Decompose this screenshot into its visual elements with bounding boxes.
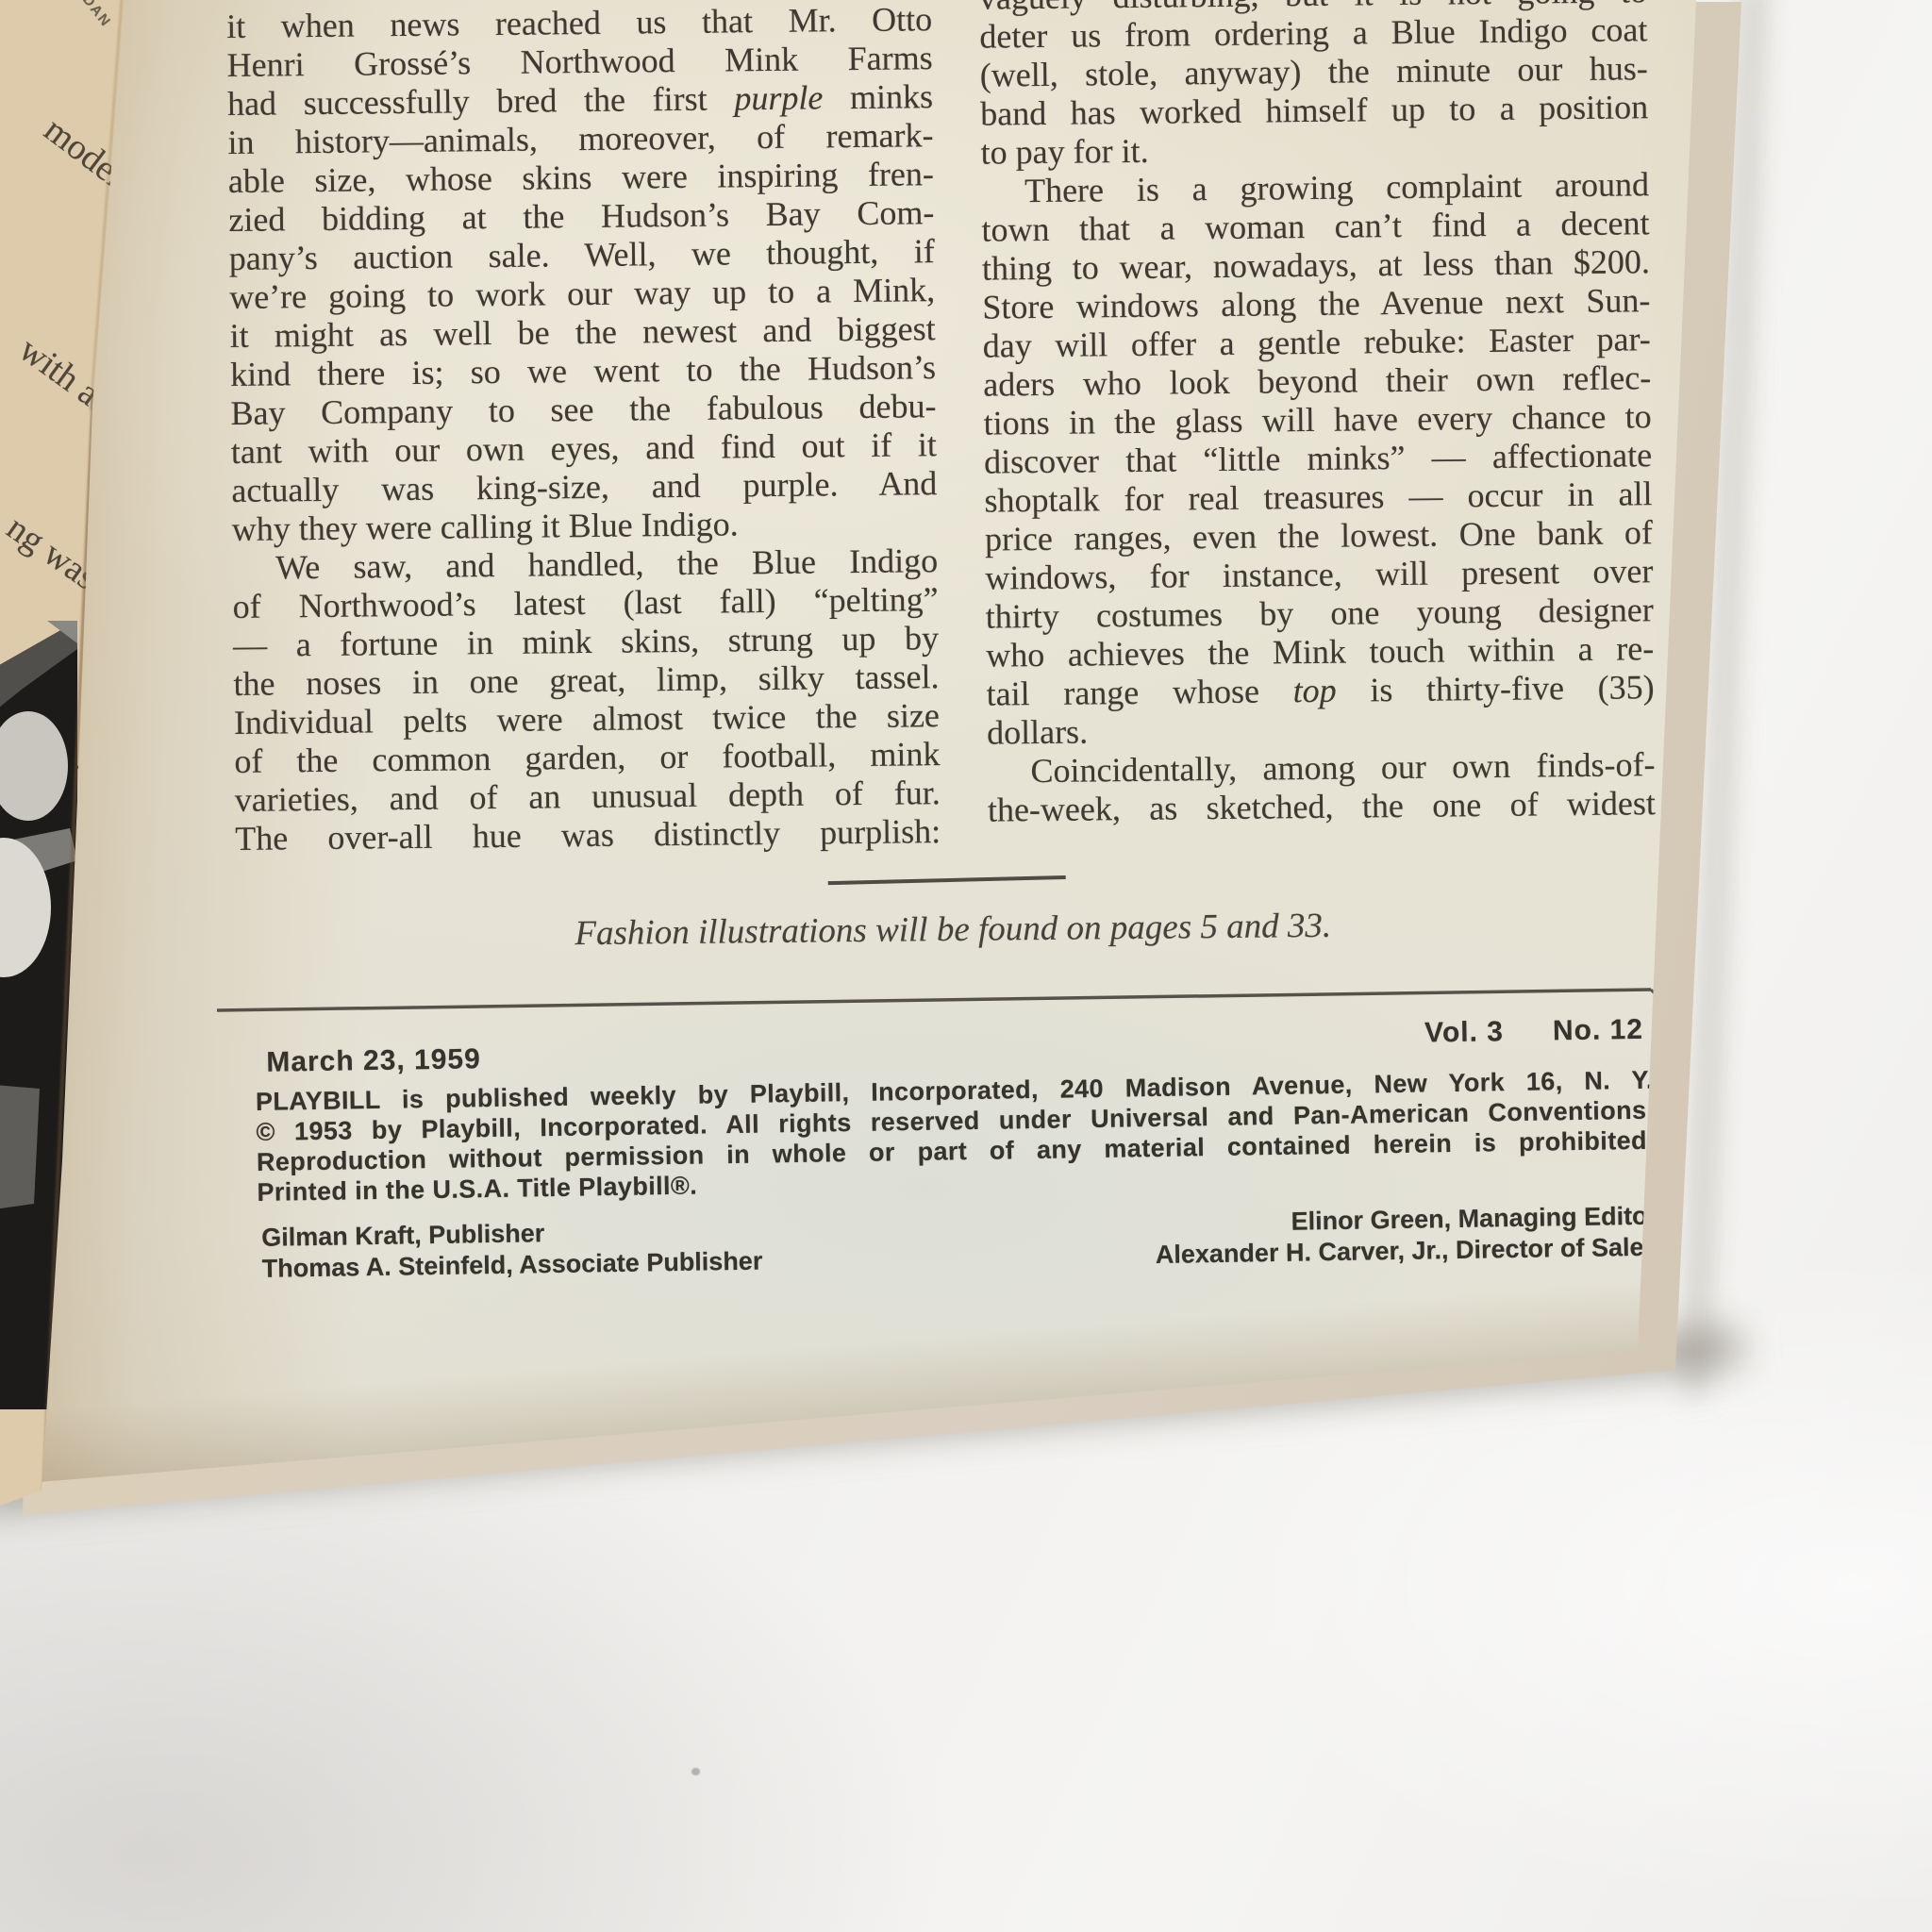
dust-speck <box>691 1768 700 1775</box>
masthead-volume-issue: Vol. 3 No. 12 <box>1424 1014 1643 1050</box>
masthead-credits-left: Gilman Kraft, Publisher Thomas A. Steinf… <box>256 1215 763 1285</box>
masthead-issue-number: No. 12 <box>1553 1014 1644 1048</box>
photo-of-magazine-page: it when news reached us that Mr. OttoHen… <box>0 0 1932 1932</box>
masthead-publisher-info: PLAYBILL is published weekly by Playbill… <box>254 1065 1657 1207</box>
adjacent-page-text-fragment: SEDAN <box>65 0 114 30</box>
masthead-date: March 23, 1959 <box>266 1043 481 1079</box>
masthead-volume: Vol. 3 <box>1424 1016 1504 1049</box>
masthead-credits-right: Elinor Green, Managing Editor Alexander … <box>1155 1201 1658 1271</box>
masthead: March 23, 1959 Vol. 3 No. 12 PLAYBILL is… <box>253 1022 1658 1285</box>
